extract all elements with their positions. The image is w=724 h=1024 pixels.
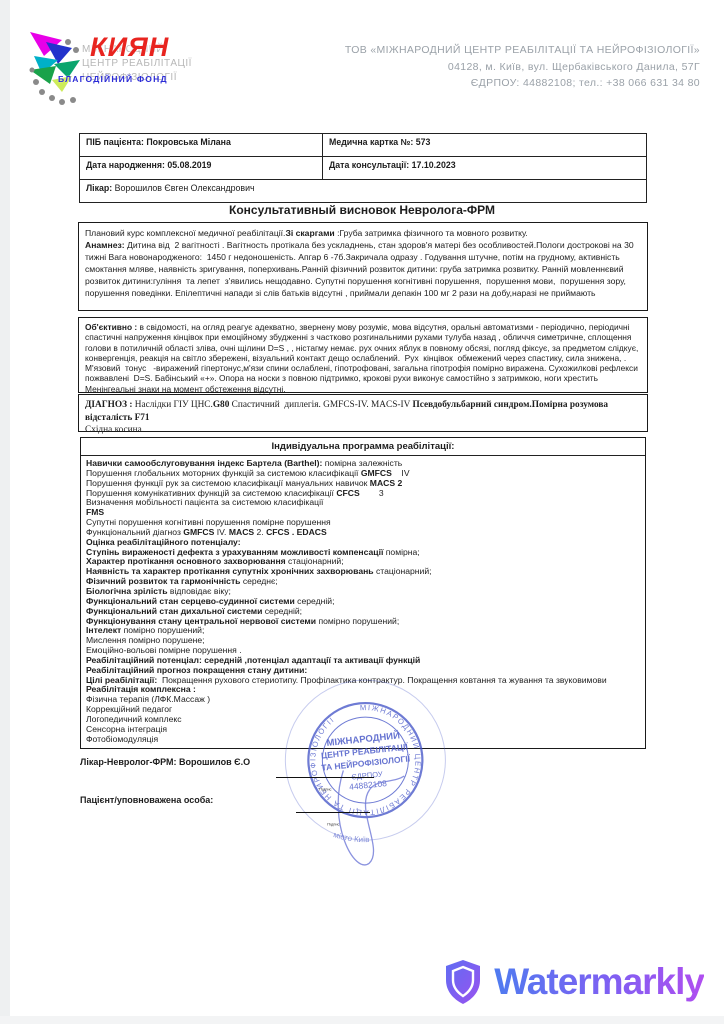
logo-emblem-icon xyxy=(28,30,86,112)
consult-date-cell: Дата консультації: 17.10.2023 xyxy=(323,157,647,180)
patient-name-cell: ПІБ пацієнта: Покровська Мілана xyxy=(80,134,323,157)
scan-edge-bottom xyxy=(0,1016,724,1024)
program-line: Визначення мобільності пацієнта за систе… xyxy=(86,498,641,508)
logo-subtitle: БЛАГОДІЙНИЙ ФОНД xyxy=(58,74,168,84)
objective-box: Об'єктивно : в свідомості, на огляд реаг… xyxy=(78,317,648,393)
table-row: Дата народження: 05.08.2019 Дата консуль… xyxy=(80,157,647,180)
doctor-cell: Лікар: Ворошилов Євген Олександрович xyxy=(80,180,647,203)
watermark-label: Watermarkly xyxy=(494,961,704,1003)
clinic-round-stamp: МІЖНАРОДНИЙ ЦЕНТР РЕАБІЛІТАЦІЇ ТА НЕЙРОФ… xyxy=(261,659,472,893)
company-contacts: ЄДРПОУ: 44882108; тел.: +38 066 631 34 8… xyxy=(345,75,700,92)
card-number-cell: Медична картка №: 573 xyxy=(323,134,647,157)
document-title: Консультативный висновок Невролога-ФРМ xyxy=(0,203,724,217)
table-row: Лікар: Ворошилов Євген Олександрович xyxy=(80,180,647,203)
logo-brand-text: КИЯН xyxy=(90,32,169,63)
company-address: 04128, м. Київ, вул. Щербаківського Дани… xyxy=(345,59,700,76)
diagnosis-box: ДІАГНОЗ : Наслідки ГІУ ЦНС.G80 Спастични… xyxy=(78,394,648,432)
company-contact-block: ТОВ «МІЖНАРОДНИЙ ЦЕНТР РЕАБІЛІТАЦІЇ ТА Н… xyxy=(345,42,700,92)
scan-edge-left xyxy=(0,0,10,1024)
doctor-signature-label: Лікар-Невролог-ФРМ: Ворошилов Є.О xyxy=(80,757,250,767)
patient-info-table: ПІБ пацієнта: Покровська Мілана Медична … xyxy=(79,133,647,203)
shield-icon xyxy=(442,958,484,1006)
anamnesis-box: Плановий курс комплексної медичної реабі… xyxy=(78,222,648,311)
scanned-medical-document: МІЖНАРОДНИЙ ЦЕНТР РЕАБІЛІТАЦІЇ НЕЙРОФІЗІ… xyxy=(0,0,724,1024)
doctor-signature-line: Підпис xyxy=(276,777,374,796)
patient-signature-label: Пацієнт/уповноважена особа: xyxy=(80,795,213,805)
company-name: ТОВ «МІЖНАРОДНИЙ ЦЕНТР РЕАБІЛІТАЦІЇ ТА Н… xyxy=(345,42,700,59)
rehab-program-title: Індивідуальна программа реабілітації: xyxy=(81,438,645,456)
table-row: ПІБ пацієнта: Покровська Мілана Медична … xyxy=(80,134,647,157)
birth-date-cell: Дата народження: 05.08.2019 xyxy=(80,157,323,180)
clinic-logo: МІЖНАРОДНИЙ ЦЕНТР РЕАБІЛІТАЦІЇ НЕЙРОФІЗІ… xyxy=(28,30,228,118)
watermark: Watermarkly xyxy=(442,958,704,1006)
patient-signature-line: Підпис xyxy=(296,812,370,831)
